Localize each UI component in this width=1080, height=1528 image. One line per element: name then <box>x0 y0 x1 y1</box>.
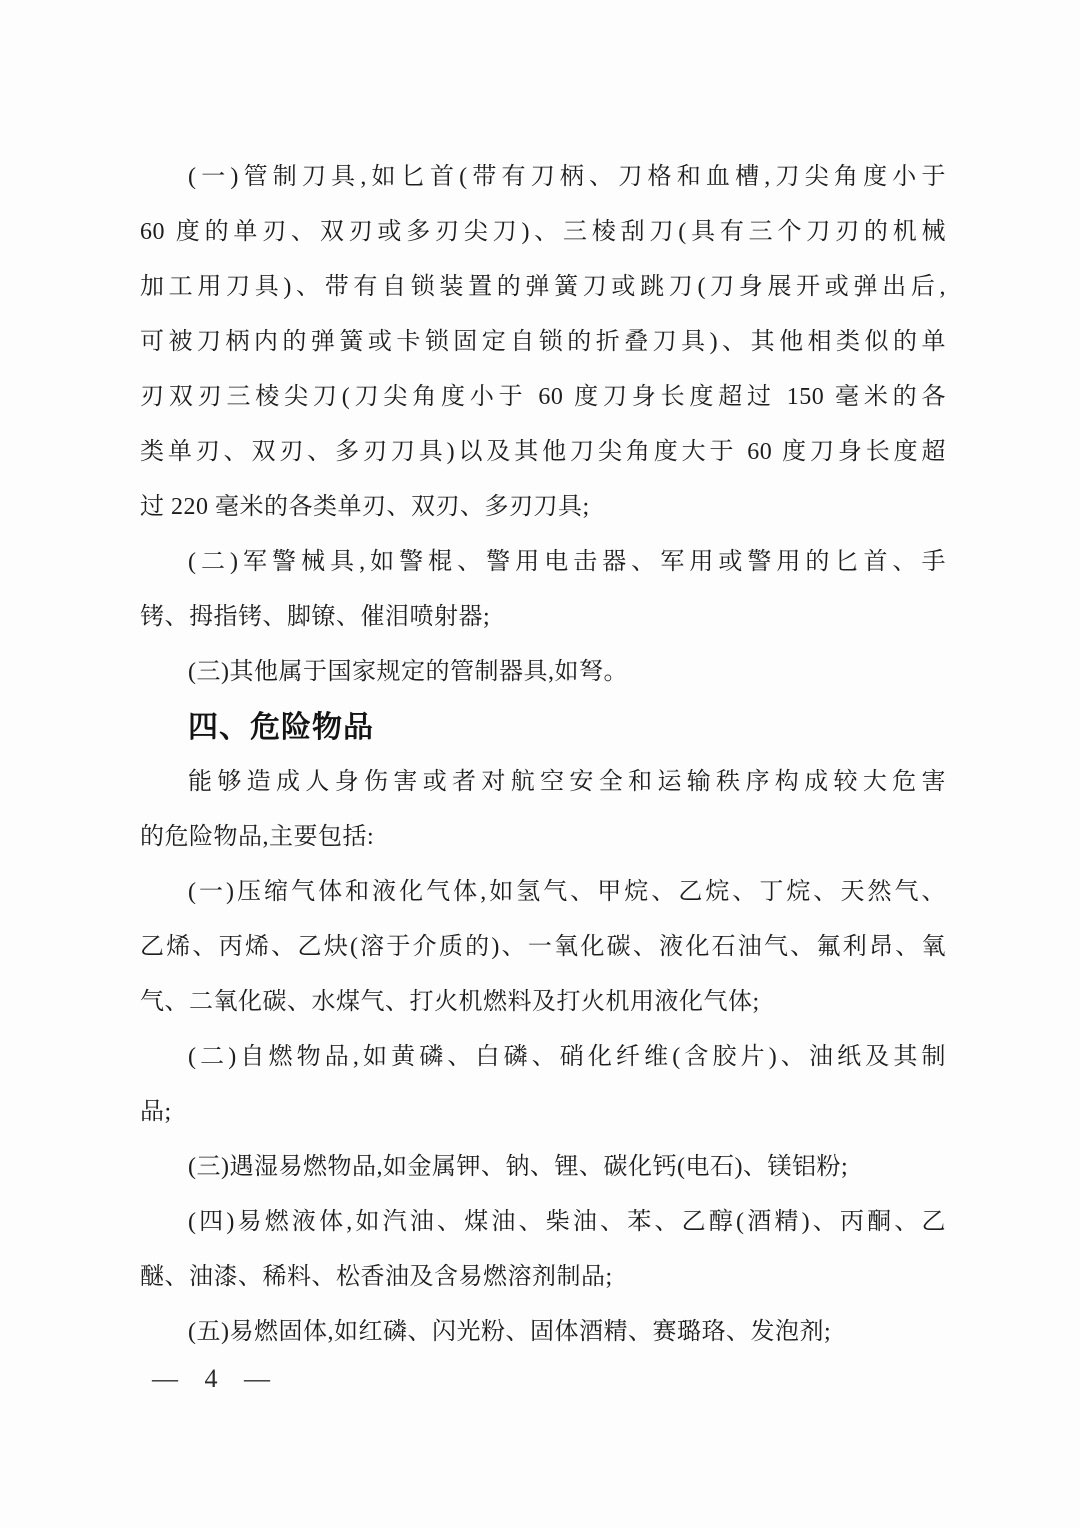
text-line: (三)其他属于国家规定的管制器具,如弩。 <box>140 645 946 700</box>
paragraph-controlled-knives: (一)管制刀具,如匕首(带有刀柄、刀格和血槽,刀尖角度小于 60 度的单刃、双刃… <box>140 150 946 535</box>
text-line: 类单刃、双刃、多刃刀具)以及其他刀尖角度大于 60 度刀身长度超 <box>140 425 946 480</box>
text-line: (一)压缩气体和液化气体,如氢气、甲烷、乙烷、丁烷、天然气、 <box>140 865 946 920</box>
paragraph-compressed-gases: (一)压缩气体和液化气体,如氢气、甲烷、乙烷、丁烷、天然气、 乙烯、丙烯、乙炔(… <box>140 865 946 1030</box>
document-page: (一)管制刀具,如匕首(带有刀柄、刀格和血槽,刀尖角度小于 60 度的单刃、双刃… <box>0 0 1080 1528</box>
text-line: 过 220 毫米的各类单刃、双刃、多刃刀具; <box>140 480 946 535</box>
paragraph-dangerous-goods-intro: 能够造成人身伤害或者对航空安全和运输秩序构成较大危害 的危险物品,主要包括: <box>140 755 946 865</box>
paragraph-other-controlled-items: (三)其他属于国家规定的管制器具,如弩。 <box>140 645 946 700</box>
text-line: (四)易燃液体,如汽油、煤油、柴油、苯、乙醇(酒精)、丙酮、乙 <box>140 1195 946 1250</box>
section-heading-dangerous-goods: 四、危险物品 <box>140 700 946 755</box>
text-line: 60 度的单刃、双刃或多刃尖刀)、三棱刮刀(具有三个刀刃的机械 <box>140 205 946 260</box>
paragraph-water-reactive-flammables: (三)遇湿易燃物品,如金属钾、钠、锂、碳化钙(电石)、镁铝粉; <box>140 1140 946 1195</box>
text-line: 刃双刃三棱尖刀(刀尖角度小于 60 度刀身长度超过 150 毫米的各 <box>140 370 946 425</box>
page-content: (一)管制刀具,如匕首(带有刀柄、刀格和血槽,刀尖角度小于 60 度的单刃、双刃… <box>140 150 946 1360</box>
paragraph-police-equipment: (二)军警械具,如警棍、警用电击器、军用或警用的匕首、手 铐、拇指铐、脚镣、催泪… <box>140 535 946 645</box>
text-line: (一)管制刀具,如匕首(带有刀柄、刀格和血槽,刀尖角度小于 <box>140 150 946 205</box>
text-line: 醚、油漆、稀料、松香油及含易燃溶剂制品; <box>140 1250 946 1305</box>
text-line: 加工用刀具)、带有自锁装置的弹簧刀或跳刀(刀身展开或弹出后, <box>140 260 946 315</box>
text-line: 能够造成人身伤害或者对航空安全和运输秩序构成较大危害 <box>140 755 946 810</box>
paragraph-flammable-liquids: (四)易燃液体,如汽油、煤油、柴油、苯、乙醇(酒精)、丙酮、乙 醚、油漆、稀料、… <box>140 1195 946 1305</box>
text-line: (二)军警械具,如警棍、警用电击器、军用或警用的匕首、手 <box>140 535 946 590</box>
paragraph-flammable-solids: (五)易燃固体,如红磷、闪光粉、固体酒精、赛璐珞、发泡剂; <box>140 1305 946 1360</box>
text-line: 气、二氧化碳、水煤气、打火机燃料及打火机用液化气体; <box>140 975 946 1030</box>
text-line: 铐、拇指铐、脚镣、催泪喷射器; <box>140 590 946 645</box>
paragraph-spontaneous-combustibles: (二)自燃物品,如黄磷、白磷、硝化纤维(含胶片)、油纸及其制 品; <box>140 1030 946 1140</box>
text-line: (三)遇湿易燃物品,如金属钾、钠、锂、碳化钙(电石)、镁铝粉; <box>140 1140 946 1195</box>
text-line: 的危险物品,主要包括: <box>140 810 946 865</box>
text-line: 乙烯、丙烯、乙炔(溶于介质的)、一氧化碳、液化石油气、氟利昂、氧 <box>140 920 946 975</box>
text-line: (五)易燃固体,如红磷、闪光粉、固体酒精、赛璐珞、发泡剂; <box>140 1305 946 1360</box>
page-number: — 4 — <box>152 1362 273 1396</box>
text-line: 可被刀柄内的弹簧或卡锁固定自锁的折叠刀具)、其他相类似的单 <box>140 315 946 370</box>
text-line: 品; <box>140 1085 946 1140</box>
text-line: (二)自燃物品,如黄磷、白磷、硝化纤维(含胶片)、油纸及其制 <box>140 1030 946 1085</box>
